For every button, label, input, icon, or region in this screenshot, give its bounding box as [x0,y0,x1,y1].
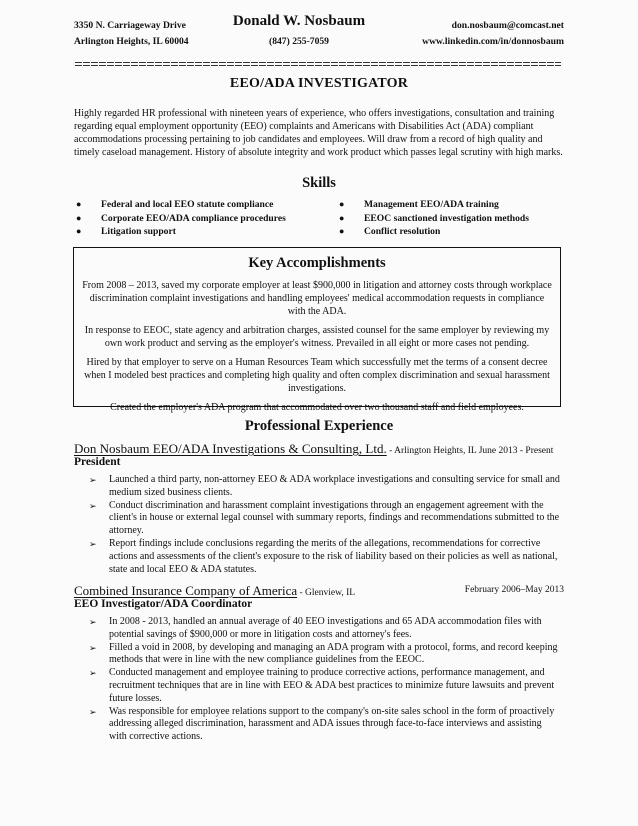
arrowhead-bullet-icon: ➢ [89,538,97,551]
linkedin-url[interactable]: www.linkedin.com/in/donnosbaum [422,36,564,47]
job-location: - Arlington Heights, IL [387,446,477,456]
bullet-dot-icon: ● [76,212,81,226]
job-location: - Glenview, IL [297,588,355,598]
skills-heading: Skills [74,175,564,192]
job-header: Don Nosbaum EEO/ADA Investigations & Con… [74,440,564,455]
accomplishment-item: From 2008 – 2013, saved my corporate emp… [74,279,560,318]
accomplishment-item: Created the employer's ADA program that … [74,401,560,414]
bullet-dot-icon: ● [76,198,81,212]
arrowhead-bullet-icon: ➢ [89,706,97,719]
skill-item: ●EEOC sanctioned investigation methods [337,212,529,226]
key-accomplishments-box: Key Accomplishments From 2008 – 2013, sa… [73,247,561,407]
skill-item: ●Litigation support [74,225,286,239]
skill-item: ●Conflict resolution [337,225,529,239]
skill-item: ●Corporate EEO/ADA compliance procedures [74,212,286,226]
bullet-dot-icon: ● [339,212,344,226]
job-bullet: ➢Conduct discrimination and harassment c… [74,500,564,538]
accomplishment-item: Hired by that employer to serve on a Hum… [74,356,560,395]
job-role: EEO Investigator/ADA Coordinator [74,598,564,613]
skill-item: ●Federal and local EEO statute complianc… [74,198,286,212]
skills-column-1: ●Federal and local EEO statute complianc… [74,198,286,239]
job-bullet: ➢Report findings include conclusions reg… [74,538,564,576]
job-bullets: ➢In 2008 - 2013, handled an annual avera… [74,616,564,744]
experience-heading: Professional Experience [74,418,564,435]
job-bullets: ➢Launched a third party, non-attorney EE… [74,474,564,576]
professional-summary: Highly regarded HR professional with nin… [74,107,564,159]
bullet-dot-icon: ● [339,198,344,212]
accomplishment-item: In response to EEOC, state agency and ar… [74,324,560,350]
job-entry: Don Nosbaum EEO/ADA Investigations & Con… [74,440,564,576]
job-bullet: ➢Filled a void in 2008, by developing an… [74,642,564,668]
job-role: President [74,456,564,471]
accomplishments-heading: Key Accomplishments [74,255,560,275]
job-bullet: ➢Conducted management and employee train… [74,667,564,705]
job-dates: February 2006–May 2013 [465,585,564,595]
skill-item: ●Management EEO/ADA training [337,198,529,212]
job-entry: Combined Insurance Company of America - … [74,582,564,744]
job-dates: June 2013 - Present [476,446,553,456]
arrowhead-bullet-icon: ➢ [89,642,97,655]
arrowhead-bullet-icon: ➢ [89,474,97,487]
job-bullet: ➢Was responsible for employee relations … [74,706,564,744]
job-bullet: ➢Launched a third party, non-attorney EE… [74,474,564,500]
divider-dash-pattern [74,60,561,68]
bullet-dot-icon: ● [339,225,344,239]
job-bullet: ➢In 2008 - 2013, handled an annual avera… [74,616,564,642]
arrowhead-bullet-icon: ➢ [89,667,97,680]
company-name: Don Nosbaum EEO/ADA Investigations & Con… [74,441,387,456]
company-name: Combined Insurance Company of America [74,583,297,598]
arrowhead-bullet-icon: ➢ [89,616,97,629]
skills-column-2: ●Management EEO/ADA training ●EEOC sanct… [337,198,529,239]
arrowhead-bullet-icon: ➢ [89,500,97,513]
email-address[interactable]: don.nosbaum@comcast.net [452,20,564,31]
job-header: Combined Insurance Company of America - … [74,582,564,597]
bullet-dot-icon: ● [76,225,81,239]
job-title-heading: EEO/ADA INVESTIGATOR [74,76,564,92]
contact-header: 3350 N. Carriageway Drive Arlington Heig… [74,12,564,62]
